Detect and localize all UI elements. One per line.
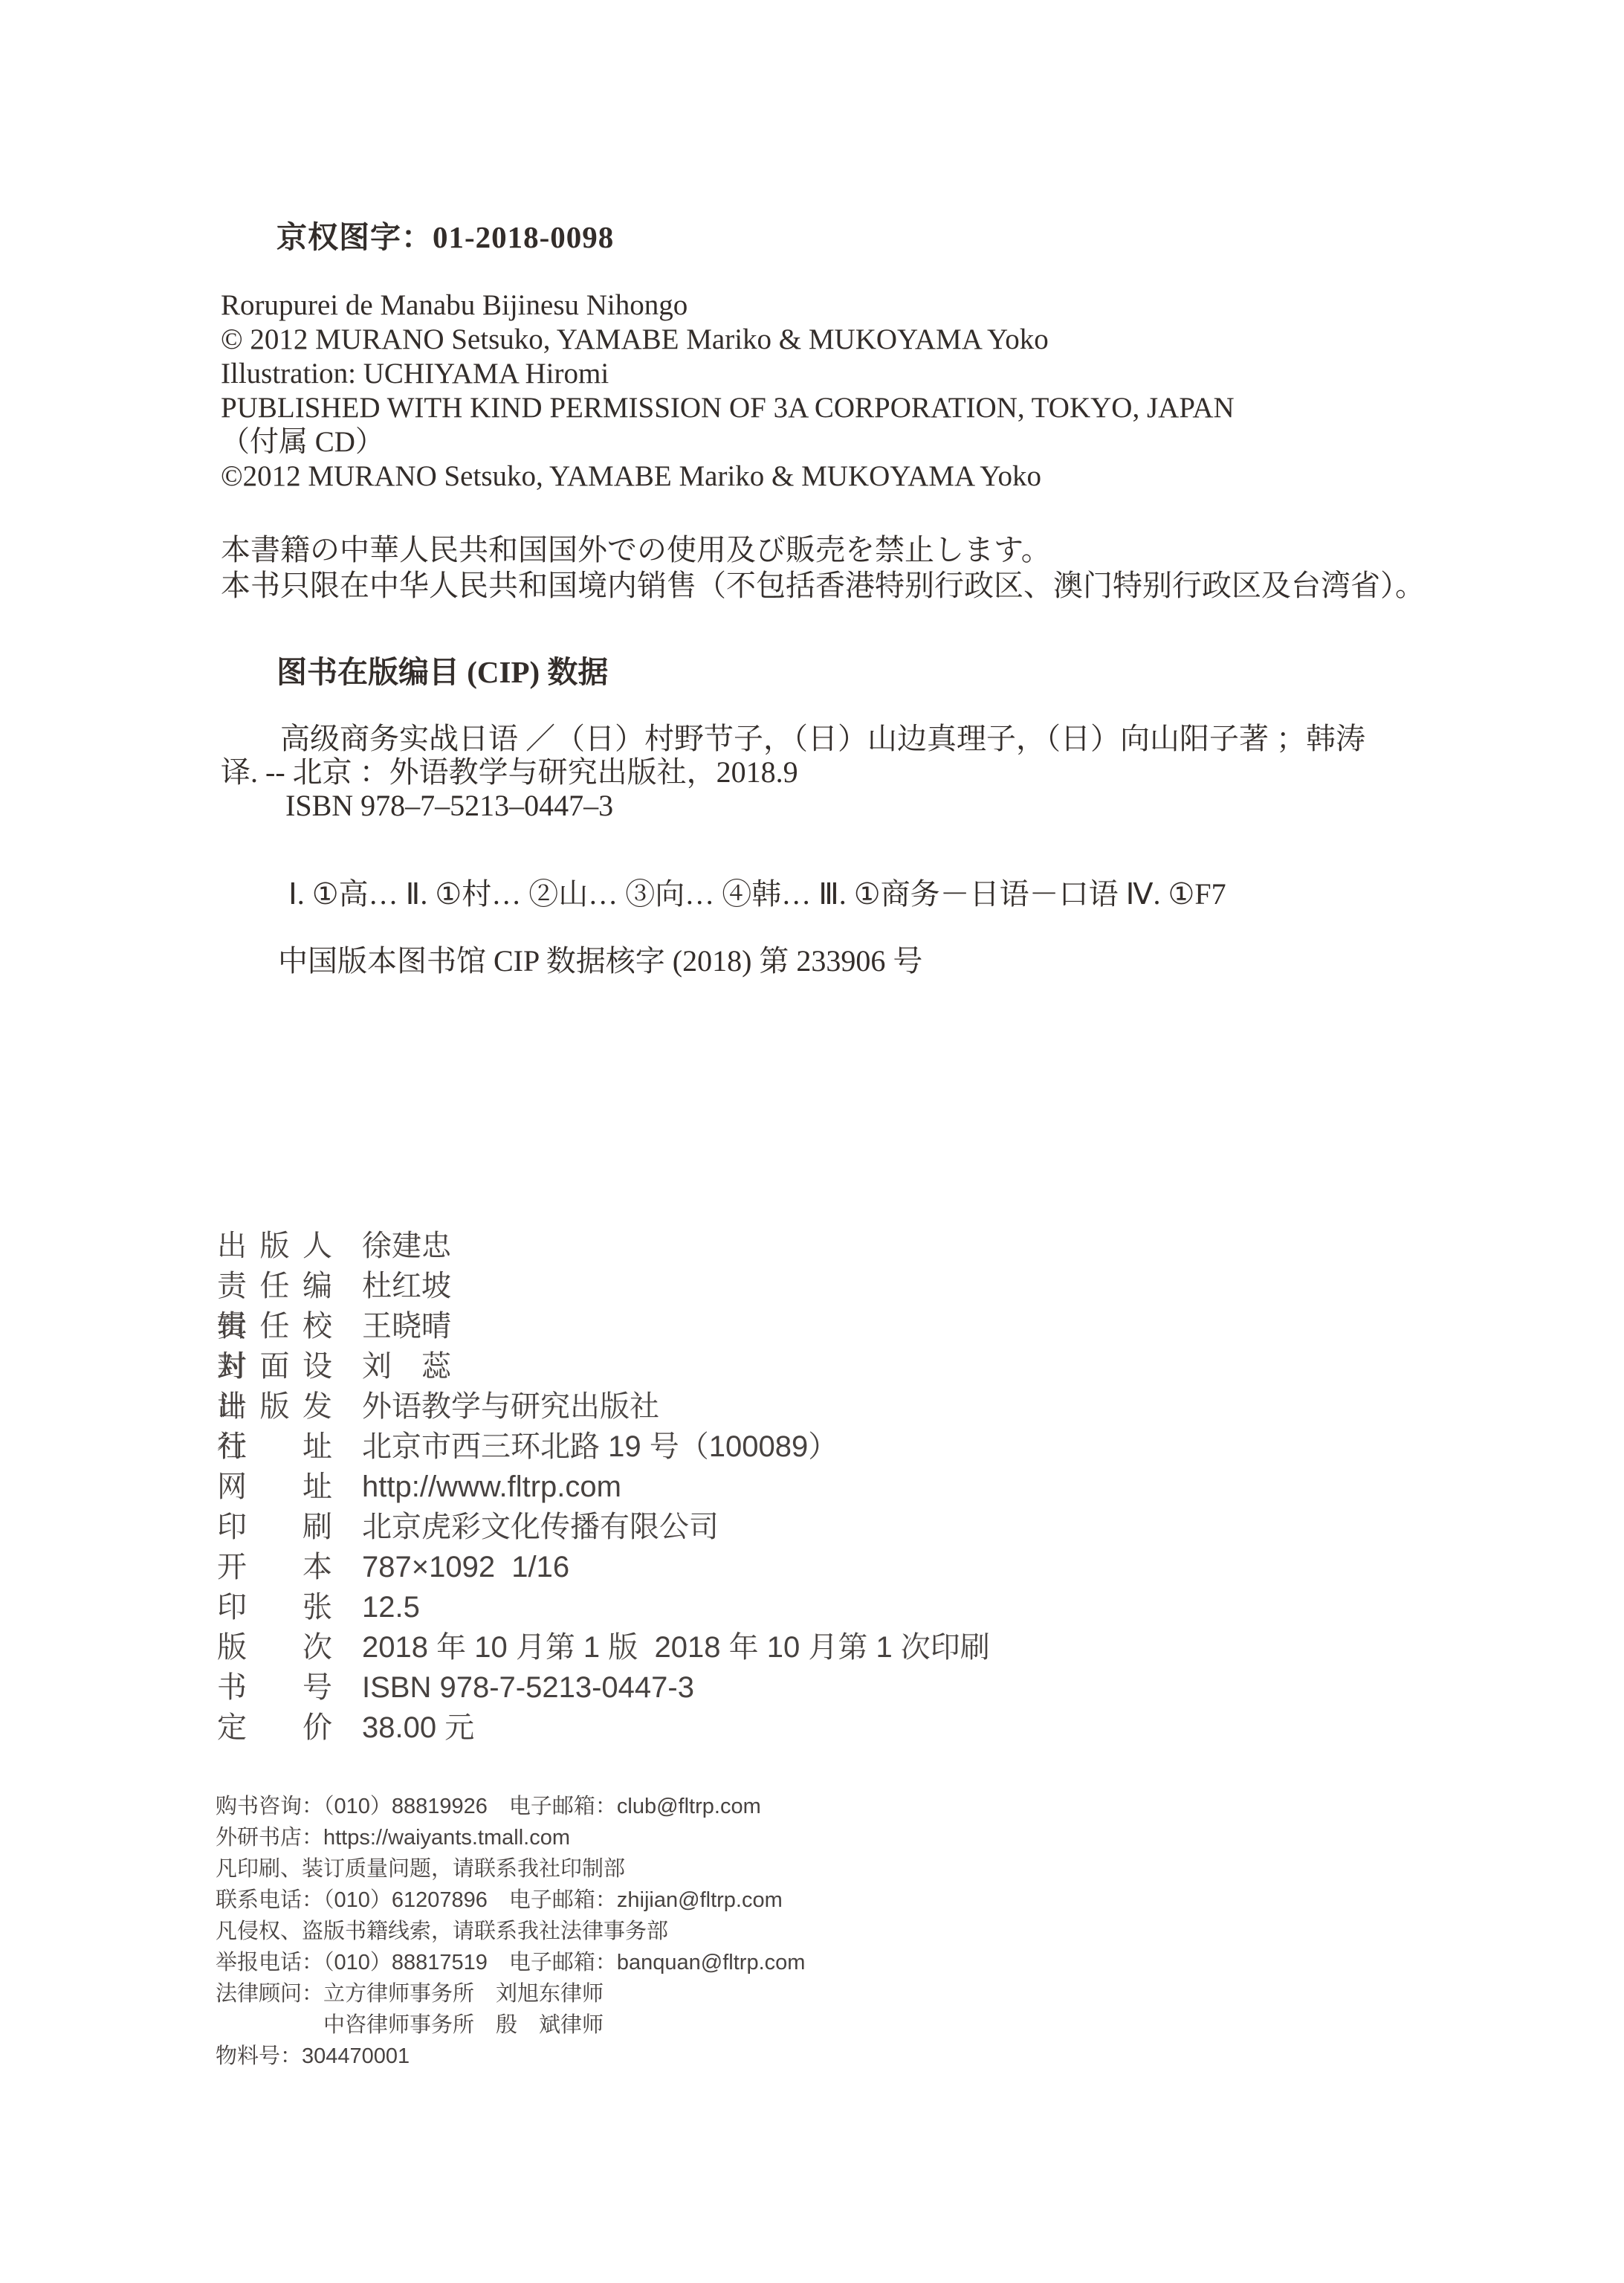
pub-row-format: 开本 787×1092 1/16 (217, 1547, 990, 1587)
contact-info-block: 购书咨询：（010）88819926 电子邮箱：club@fltrp.com 外… (216, 1791, 805, 2072)
cip-record-number-line: 中国版本图书馆 CIP 数据核字 (2018) 第 233906 号 (278, 937, 922, 980)
pub-label: 书号 (217, 1667, 332, 1708)
cip-entry-block: 高级商务实战日语 ／（日）村野节子，（日）山边真理子，（日）向山阳子著 ；韩涛 … (221, 722, 1365, 822)
pub-value: 38.00 元 (362, 1708, 474, 1748)
pub-value: 杜红坡 (362, 1266, 451, 1306)
pub-value: 12.5 (362, 1587, 420, 1627)
contact-line-material-number: 物料号：304470001 (216, 2041, 805, 2072)
pub-row-proofreader: 责任校对 王晓晴 (217, 1306, 990, 1346)
cip-classification-line: Ⅰ. ①高… Ⅱ. ①村… ②山… ③向… ④韩… Ⅲ. ①商务－日语－口语 Ⅳ… (288, 871, 1226, 913)
copyright-line: （付属 CD） (221, 425, 1235, 459)
pub-row-price: 定价 38.00 元 (217, 1708, 990, 1748)
contact-line-legal-counsel-1: 法律顾问：立方律师事务所 刘旭东律师 (216, 1978, 805, 2009)
pub-label: 印张 (217, 1587, 332, 1627)
contact-line-bookstore: 外研书店：https://waiyants.tmall.com (216, 1822, 805, 1853)
pub-label: 责任校对 (217, 1306, 332, 1346)
pub-label: 开本 (217, 1547, 332, 1587)
pub-label: 出版发行 (217, 1386, 332, 1427)
copyright-line: Illustration: UCHIYAMA Hiromi (221, 357, 1235, 391)
pub-value: 787×1092 1/16 (362, 1547, 569, 1587)
copyright-line: ©2012 MURANO Setsuko, YAMABE Mariko & MU… (221, 459, 1235, 494)
copyright-line: © 2012 MURANO Setsuko, YAMABE Mariko & M… (221, 323, 1235, 357)
publication-info-block: 出版人 徐建忠 责任编辑 杜红坡 责任校对 王晓晴 封面设计 刘 蕊 出版发行 … (217, 1226, 990, 1748)
cip-entry-line: 高级商务实战日语 ／（日）村野节子，（日）山边真理子，（日）向山阳子著 ；韩涛 (221, 722, 1365, 755)
cip-isbn-line: ISBN 978–7–5213–0447–3 (221, 789, 1365, 822)
pub-label: 网址 (217, 1467, 332, 1507)
copyright-page: 京权图字：01-2018-0098 Rorupurei de Manabu Bi… (0, 0, 1624, 2283)
pub-row-isbn: 书号 ISBN 978-7-5213-0447-3 (217, 1667, 990, 1708)
pub-row-cover-design: 封面设计 刘 蕊 (217, 1346, 990, 1386)
pub-value: ISBN 978-7-5213-0447-3 (362, 1667, 694, 1708)
pub-value: 外语教学与研究出版社 (362, 1386, 659, 1427)
cip-entry-line: 译. -- 北京 ：外语教学与研究出版社，2018.9 (221, 755, 1365, 789)
pub-value: 徐建忠 (362, 1226, 451, 1266)
pub-row-editor: 责任编辑 杜红坡 (217, 1266, 990, 1306)
pub-row-sheets: 印张 12.5 (217, 1587, 990, 1627)
copyright-line: Rorupurei de Manabu Bijinesu Nihongo (221, 288, 1235, 323)
copyright-line: PUBLISHED WITH KIND PERMISSION OF 3A COR… (221, 391, 1235, 425)
pub-row-publisher-person: 出版人 徐建忠 (217, 1226, 990, 1266)
contact-line-piracy: 凡侵权、盗版书籍线索，请联系我社法律事务部 (216, 1916, 805, 1947)
pub-label: 出版人 (217, 1226, 332, 1266)
pub-label: 印刷 (217, 1507, 332, 1547)
pub-row-edition: 版次 2018 年 10 月第 1 版 2018 年 10 月第 1 次印刷 (217, 1627, 990, 1667)
pub-value: http://www.fltrp.com (362, 1467, 621, 1507)
contact-line-purchase: 购书咨询：（010）88819926 电子邮箱：club@fltrp.com (216, 1791, 805, 1822)
restriction-line-chinese: 本书只限在中华人民共和国境内销售（不包括香港特别行政区、澳门特别行政区及台湾省）… (221, 568, 1425, 604)
cip-heading: 图书在版编目 (CIP) 数据 (276, 648, 608, 691)
pub-row-address: 社址 北京市西三环北路 19 号（100089） (217, 1427, 990, 1467)
pub-row-publisher: 出版发行 外语教学与研究出版社 (217, 1386, 990, 1427)
pub-label: 定价 (217, 1708, 332, 1748)
pub-label: 版次 (217, 1627, 332, 1667)
restriction-line-japanese: 本書籍の中華人民共和国国外での使用及び販売を禁止します。 (221, 532, 1425, 568)
contact-line-report-phone: 举报电话：（010）88817519 电子邮箱：banquan@fltrp.co… (216, 1947, 805, 1978)
pub-row-website: 网址 http://www.fltrp.com (217, 1467, 990, 1507)
pub-value: 2018 年 10 月第 1 版 2018 年 10 月第 1 次印刷 (362, 1627, 990, 1667)
rights-registration-line: 京权图字：01-2018-0098 (276, 213, 614, 256)
pub-label: 社址 (217, 1427, 332, 1467)
pub-label: 责任编辑 (217, 1266, 332, 1306)
copyright-notice-block: Rorupurei de Manabu Bijinesu Nihongo © 2… (221, 288, 1235, 494)
pub-row-printer: 印刷 北京虎彩文化传播有限公司 (217, 1507, 990, 1547)
pub-value: 王晓晴 (362, 1306, 451, 1346)
pub-value: 刘 蕊 (362, 1346, 451, 1386)
contact-line-print-phone: 联系电话：（010）61207896 电子邮箱：zhijian@fltrp.co… (216, 1885, 805, 1916)
pub-value: 北京市西三环北路 19 号（100089） (362, 1427, 838, 1467)
pub-label: 封面设计 (217, 1346, 332, 1386)
contact-line-legal-counsel-2: 中咨律师事务所 殷 斌律师 (216, 2009, 805, 2041)
contact-line-print-quality: 凡印刷、装订质量问题，请联系我社印制部 (216, 1853, 805, 1885)
pub-value: 北京虎彩文化传播有限公司 (362, 1507, 719, 1547)
sales-restriction-block: 本書籍の中華人民共和国国外での使用及び販売を禁止します。 本书只限在中华人民共和… (221, 532, 1425, 604)
